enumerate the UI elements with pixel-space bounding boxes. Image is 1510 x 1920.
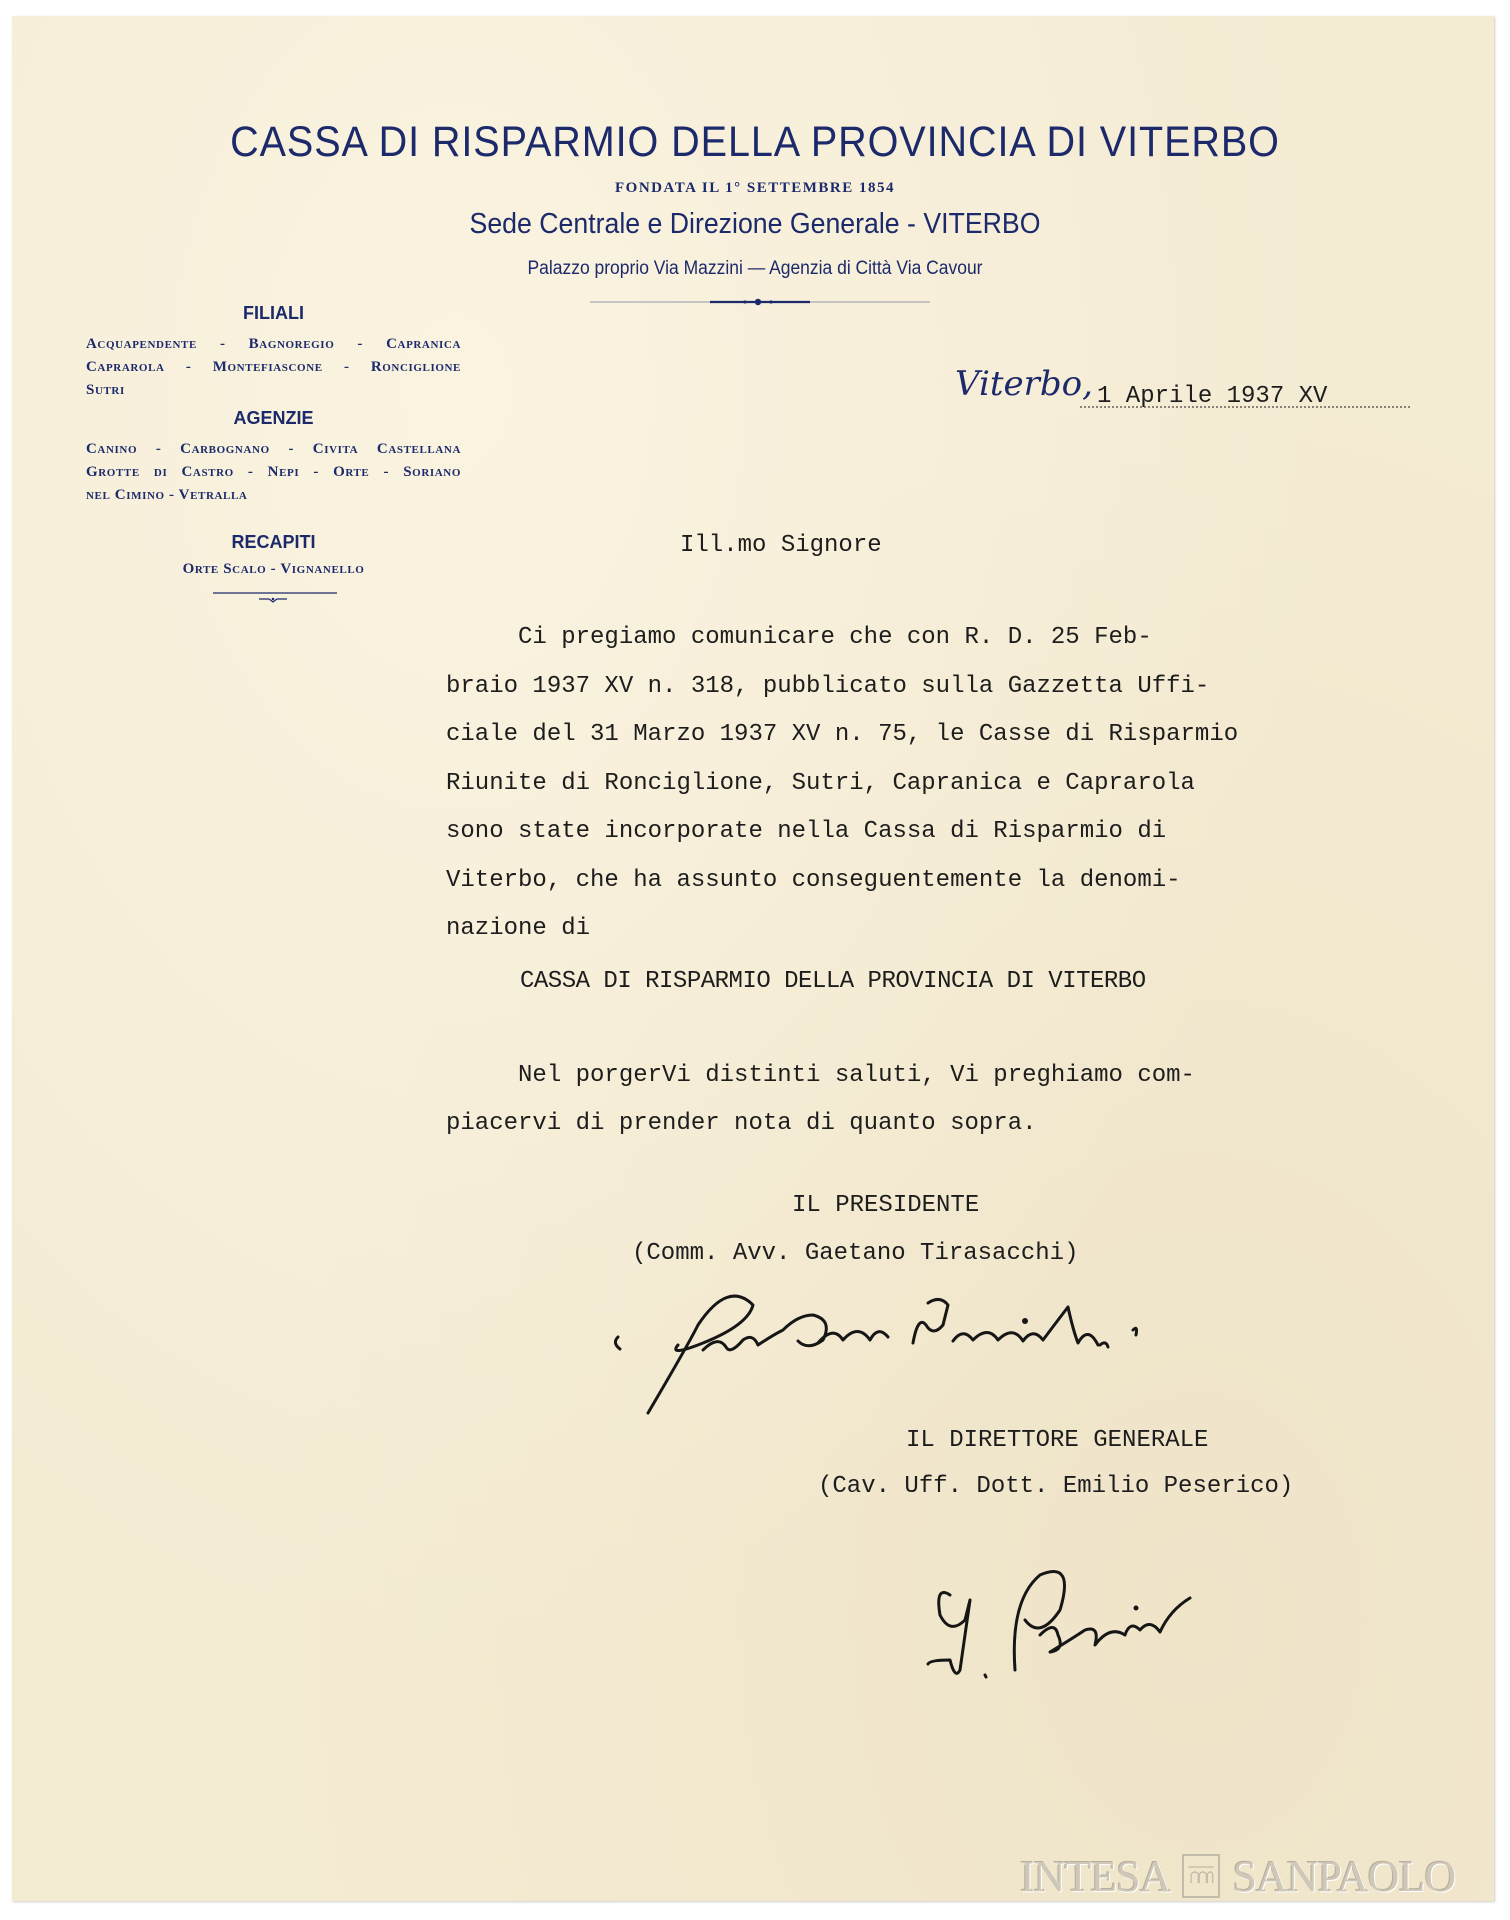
director-name: (Cav. Uff. Dott. Emilio Peserico) bbox=[818, 1473, 1293, 1500]
president-title: IL PRESIDENTE bbox=[792, 1192, 979, 1219]
sidebar-ornament-rule bbox=[213, 590, 337, 604]
closing-paragraph: Nel porgerVi distinti saluti, Vi preghia… bbox=[446, 1052, 1195, 1148]
sidebar-agenzie: AGENZIE Canino - Carbognano - Civita Cas… bbox=[86, 408, 461, 507]
letterhead-title: CASSA DI RISPARMIO DELLA PROVINCIA DI VI… bbox=[60, 118, 1449, 167]
intesa-sanpaolo-watermark: INTESA SANPAOLO bbox=[1020, 1846, 1500, 1906]
filiali-heading: FILIALI bbox=[86, 303, 461, 324]
intesa-sanpaolo-logo-icon bbox=[1182, 1854, 1220, 1898]
date-text: 1 Aprile 1937 XV bbox=[1097, 383, 1327, 410]
president-name: (Comm. Avv. Gaetano Tirasacchi) bbox=[632, 1240, 1078, 1267]
agenzie-line: nel Cimino - Vetralla bbox=[86, 484, 461, 507]
letterhead-founded: FONDATA IL 1° SETTEMBRE 1854 bbox=[0, 180, 1510, 197]
salutation: Ill.mo Signore bbox=[680, 532, 882, 559]
director-title: IL DIRETTORE GENERALE bbox=[906, 1427, 1208, 1454]
closing-line: Nel porgerVi distinti saluti, Vi preghia… bbox=[446, 1052, 1195, 1100]
body-line: nazione di bbox=[446, 905, 1376, 954]
sidebar-recapiti: RECAPITI Orte Scalo - Vignanello bbox=[86, 532, 461, 581]
body-line: Riunite di Ronciglione, Sutri, Capranica… bbox=[446, 760, 1376, 809]
sidebar-filiali: FILIALI Acquapendente - Bagnoregio - Cap… bbox=[86, 303, 461, 402]
letterhead-sede: Sede Centrale e Direzione Generale - VIT… bbox=[60, 208, 1449, 241]
filiali-line: Sutri bbox=[86, 379, 461, 402]
agenzie-line: Canino - Carbognano - Civita Castellana bbox=[86, 438, 461, 461]
recapiti-line: Orte Scalo - Vignanello bbox=[86, 558, 461, 581]
filiali-line: Acquapendente - Bagnoregio - Capranica bbox=[86, 333, 461, 356]
agenzie-heading: AGENZIE bbox=[86, 408, 461, 429]
body-line: ciale del 31 Marzo 1937 XV n. 75, le Cas… bbox=[446, 711, 1376, 760]
agenzie-line: Grotte di Castro - Nepi - Orte - Soriano bbox=[86, 461, 461, 484]
director-signature bbox=[800, 1540, 1220, 1720]
date-city: Viterbo, bbox=[955, 364, 1093, 404]
watermark-right-text: SANPAOLO bbox=[1232, 1851, 1455, 1902]
recapiti-heading: RECAPITI bbox=[86, 532, 461, 553]
letterhead-ornament-rule bbox=[590, 298, 930, 306]
body-line: Ci pregiamo comunicare che con R. D. 25 … bbox=[446, 614, 1376, 663]
bank-name-statement: CASSA DI RISPARMIO DELLA PROVINCIA DI VI… bbox=[520, 968, 1146, 995]
body-line: braio 1937 XV n. 318, pubblicato sulla G… bbox=[446, 663, 1376, 712]
letterhead-address: Palazzo proprio Via Mazzini — Agenzia di… bbox=[60, 258, 1449, 280]
body-line: Viterbo, che ha assunto conseguentemente… bbox=[446, 857, 1376, 906]
body-paragraph: Ci pregiamo comunicare che con R. D. 25 … bbox=[446, 614, 1376, 954]
closing-line: piacervi di prender nota di quanto sopra… bbox=[446, 1100, 1195, 1148]
watermark-left-text: INTESA bbox=[1020, 1851, 1170, 1902]
president-signature bbox=[608, 1285, 1198, 1425]
body-line: sono state incorporate nella Cassa di Ri… bbox=[446, 808, 1376, 857]
filiali-line: Caprarola - Montefiascone - Ronciglione bbox=[86, 356, 461, 379]
